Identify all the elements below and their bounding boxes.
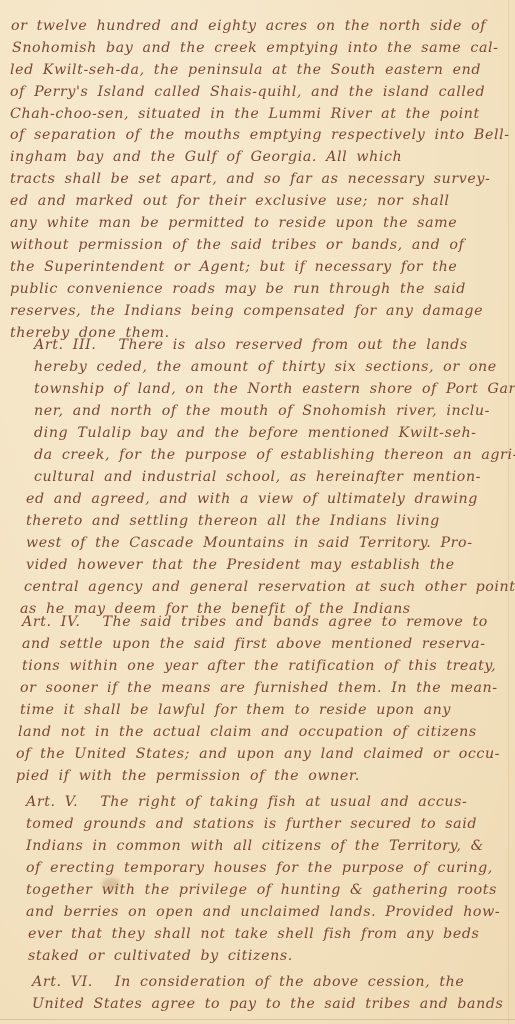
line-text: da creek, for the purpose of establishin… <box>34 447 515 463</box>
line-text: vided however that the President may est… <box>26 557 455 573</box>
line-text: reserves, the Indians being compensated … <box>10 303 483 319</box>
manuscript-line: Art. V.The right of taking fish at usual… <box>26 794 515 810</box>
line-text: pied if with the permission of the owner… <box>16 768 360 784</box>
line-text: ed and agreed, and with a view of ultima… <box>26 491 478 507</box>
manuscript-line: or twelve hundred and eighty acres on th… <box>11 18 515 34</box>
line-text: and berries on open and unclaimed lands.… <box>26 904 500 920</box>
manuscript-line: Chah-choo-sen, situated in the Lummi Riv… <box>10 106 515 122</box>
line-text: Chah-choo-sen, situated in the Lummi Riv… <box>10 106 480 122</box>
manuscript-line: and settle upon the said first above men… <box>22 636 515 652</box>
manuscript-line: without permission of the said tribes or… <box>10 237 515 253</box>
manuscript-line: tomed grounds and stations is further se… <box>26 816 515 832</box>
line-text: west of the Cascade Mountains in said Te… <box>26 535 473 551</box>
manuscript-line: thereto and settling thereon all the Ind… <box>26 513 515 529</box>
line-text: ed and marked out for their exclusive us… <box>10 193 449 209</box>
manuscript-line: of Perry's Island called Shais-quihl, an… <box>10 84 515 100</box>
line-text: staked or cultivated by citizens. <box>28 948 293 964</box>
line-text: without permission of the said tribes or… <box>10 237 464 253</box>
line-text: township of land, on the North eastern s… <box>34 381 515 397</box>
line-text: United States agree to pay to the said t… <box>32 996 503 1012</box>
article-label: Art. III. <box>34 337 96 353</box>
manuscript-line: tions within one year after the ratifica… <box>22 658 515 674</box>
line-text: led Kwilt-seh-da, the peninsula at the S… <box>10 62 481 78</box>
line-text: ner, and north of the mouth of Snohomish… <box>34 403 490 419</box>
line-text: The said tribes and bands agree to remov… <box>102 614 488 630</box>
manuscript-line: Art. IV.The said tribes and bands agree … <box>22 614 515 630</box>
manuscript-line: of erecting temporary houses for the pur… <box>26 860 515 876</box>
manuscript-line: Indians in common with all citizens of t… <box>26 838 515 854</box>
line-text: cultural and industrial school, as herei… <box>34 469 481 485</box>
manuscript-line: together with the privilege of hunting &… <box>26 882 515 898</box>
manuscript-line: ingham bay and the Gulf of Georgia. All … <box>10 149 515 165</box>
manuscript-line: township of land, on the North eastern s… <box>34 381 515 397</box>
line-text: tions within one year after the ratifica… <box>22 658 496 674</box>
article-label: Art. IV. <box>22 614 80 630</box>
manuscript-line: tracts shall be set apart, and so far as… <box>10 171 515 187</box>
manuscript-line: any white man be permitted to reside upo… <box>10 215 515 231</box>
manuscript-line: west of the Cascade Mountains in said Te… <box>26 535 515 551</box>
manuscript-line: Art. VI.In consideration of the above ce… <box>32 974 515 990</box>
manuscript-line: hereby ceded, the amount of thirty six s… <box>34 359 515 375</box>
manuscript-line: ed and agreed, and with a view of ultima… <box>26 491 515 507</box>
line-text: time it shall be lawful for them to resi… <box>20 702 451 718</box>
manuscript-line: staked or cultivated by citizens. <box>28 948 515 964</box>
line-text: thereto and settling thereon all the Ind… <box>26 513 440 529</box>
line-text: tomed grounds and stations is further se… <box>26 816 477 832</box>
line-text: together with the privilege of hunting &… <box>26 882 497 898</box>
manuscript-line: ed and marked out for their exclusive us… <box>10 193 515 209</box>
manuscript-line: da creek, for the purpose of establishin… <box>34 447 515 463</box>
manuscript-line: pied if with the permission of the owner… <box>16 768 515 784</box>
line-text: ever that they shall not take shell fish… <box>28 926 479 942</box>
manuscript-line: land not in the actual claim and occupat… <box>18 724 515 740</box>
line-text: of the United States; and upon any land … <box>16 746 500 762</box>
line-text: ingham bay and the Gulf of Georgia. All … <box>10 149 402 165</box>
line-text: hereby ceded, the amount of thirty six s… <box>34 359 497 375</box>
line-text: of erecting temporary houses for the pur… <box>26 860 493 876</box>
manuscript-line: public convenience roads may be run thro… <box>10 281 515 297</box>
line-text: and settle upon the said first above men… <box>22 636 486 652</box>
line-text: ding Tulalip bay and the before mentione… <box>34 425 477 441</box>
line-text: the Superintendent or Agent; but if nece… <box>10 259 457 275</box>
manuscript-line: cultural and industrial school, as herei… <box>34 469 515 485</box>
manuscript-line: or sooner if the means are furnished the… <box>20 680 515 696</box>
manuscript-line: central agency and general reservation a… <box>24 579 515 595</box>
manuscript-line: the Superintendent or Agent; but if nece… <box>10 259 515 275</box>
line-text: In consideration of the above cession, t… <box>115 974 464 990</box>
manuscript-line: of the United States; and upon any land … <box>16 746 515 762</box>
manuscript-line: of separation of the mouths emptying res… <box>10 127 515 143</box>
line-text: land not in the actual claim and occupat… <box>18 724 477 740</box>
manuscript-line: ding Tulalip bay and the before mentione… <box>34 425 515 441</box>
line-text: Snohomish bay and the creek emptying int… <box>12 40 499 56</box>
manuscript-page: or twelve hundred and eighty acres on th… <box>0 0 515 1024</box>
manuscript-line: reserves, the Indians being compensated … <box>10 303 515 319</box>
line-text: tracts shall be set apart, and so far as… <box>10 171 490 187</box>
line-text: There is also reserved from out the land… <box>118 337 467 353</box>
line-text: of separation of the mouths emptying res… <box>10 127 510 143</box>
line-text: or twelve hundred and eighty acres on th… <box>11 18 486 34</box>
line-text: central agency and general reservation a… <box>24 579 515 595</box>
manuscript-line: and berries on open and unclaimed lands.… <box>26 904 515 920</box>
manuscript-line: vided however that the President may est… <box>26 557 515 573</box>
article-label: Art. V. <box>26 794 78 810</box>
manuscript-line: United States agree to pay to the said t… <box>32 996 515 1012</box>
line-text: The right of taking fish at usual and ac… <box>100 794 467 810</box>
page-bottom-edge <box>0 1019 515 1020</box>
manuscript-line: ner, and north of the mouth of Snohomish… <box>34 403 515 419</box>
manuscript-line: Snohomish bay and the creek emptying int… <box>12 40 515 56</box>
manuscript-line: time it shall be lawful for them to resi… <box>20 702 515 718</box>
manuscript-line: led Kwilt-seh-da, the peninsula at the S… <box>10 62 515 78</box>
line-text: Indians in common with all citizens of t… <box>26 838 484 854</box>
manuscript-line: ever that they shall not take shell fish… <box>28 926 515 942</box>
line-text: of Perry's Island called Shais-quihl, an… <box>10 84 485 100</box>
line-text: public convenience roads may be run thro… <box>10 281 466 297</box>
manuscript-line: Art. III.There is also reserved from out… <box>34 337 515 353</box>
line-text: any white man be permitted to reside upo… <box>10 215 457 231</box>
line-text: or sooner if the means are furnished the… <box>20 680 498 696</box>
article-label: Art. VI. <box>32 974 93 990</box>
